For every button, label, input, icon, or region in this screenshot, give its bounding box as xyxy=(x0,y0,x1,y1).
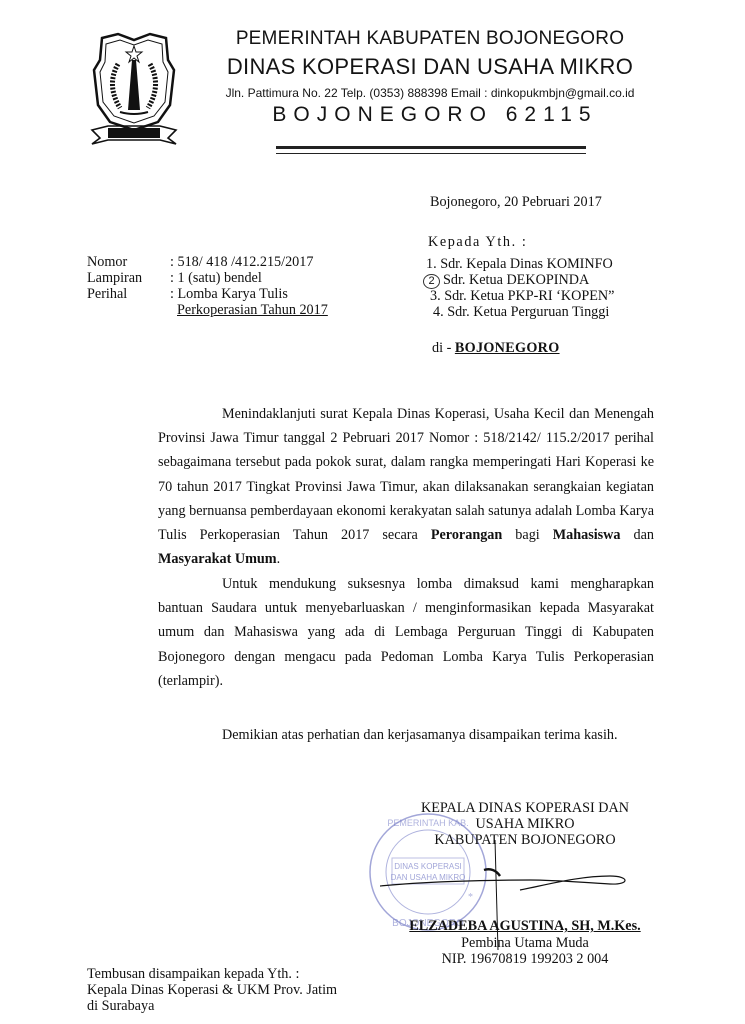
recipient-text: Sdr. Ketua DEKOPINDA xyxy=(443,272,589,288)
letter-date: Bojonegoro, 20 Pebruari 2017 xyxy=(430,195,602,209)
recipient-text: Sdr. Ketua Perguruan Tinggi xyxy=(447,304,609,320)
recipient-text: Sdr. Kepala Dinas KOMINFO xyxy=(440,256,613,272)
p1-end: . xyxy=(277,551,281,567)
signatory-title-line1: KEPALA DINAS KOPERASI DAN xyxy=(380,800,670,816)
regency-coat-of-arms-icon xyxy=(88,30,180,148)
signatory-rank: Pembina Utama Muda xyxy=(380,935,670,951)
p1-text: Menindaklanjuti surat Kepala Dinas Koper… xyxy=(158,406,654,543)
recipient-item: 2Sdr. Ketua DEKOPINDA xyxy=(423,273,589,289)
recipient-item: 1. Sdr. Kepala Dinas KOMINFO xyxy=(426,257,613,271)
recipient-item: 3. Sdr. Ketua PKP-RI ‘KOPEN” xyxy=(430,289,614,303)
destination-label: di - xyxy=(432,340,451,356)
p1-bold-mahasiswa: Mahasiswa xyxy=(553,527,621,543)
perihal-value-line2: Perkoperasian Tahun 2017 xyxy=(177,303,328,317)
letterhead-divider xyxy=(276,146,586,154)
p1-bold-masyarakat: Masyarakat Umum xyxy=(158,551,277,567)
cc-heading: Tembusan disampaikan kepada Yth. : xyxy=(87,967,299,981)
lampiran-label: Lampiran xyxy=(87,271,142,285)
body-paragraph-2: Untuk mendukung suksesnya lomba dimaksud… xyxy=(158,572,654,693)
letterhead-city: BOJONEGORO 62115 xyxy=(205,103,665,127)
letterhead-agency: DINAS KOPERASI DAN USAHA MIKRO xyxy=(200,54,660,80)
body-paragraph-closing: Demikian atas perhatian dan kerjasamanya… xyxy=(222,728,618,742)
perihal-label: Perihal xyxy=(87,287,127,301)
recipient-number: 4. xyxy=(433,304,444,320)
letterhead-address: Jln. Pattimura No. 22 Telp. (0353) 88839… xyxy=(200,86,660,100)
perihal-value: : Lomba Karya Tulis xyxy=(170,287,288,301)
letterhead-government: PEMERINTAH KABUPATEN BOJONEGORO xyxy=(200,28,660,50)
recipient-number: 1. xyxy=(426,256,437,272)
body-paragraph-1: Menindaklanjuti surat Kepala Dinas Koper… xyxy=(158,402,654,571)
p1-text-mid2: dan xyxy=(634,527,655,543)
nomor-label: Nomor xyxy=(87,255,127,269)
signatory-title-line2: USAHA MIKRO xyxy=(380,816,670,832)
recipient-number-circled: 2 xyxy=(423,274,440,289)
signatory-name: ELZADEBA AGUSTINA, SH, M.Kes. xyxy=(380,918,670,934)
cc-location: di Surabaya xyxy=(87,999,154,1013)
recipient-item: 4. Sdr. Ketua Perguruan Tinggi xyxy=(433,305,609,319)
recipient-text: Sdr. Ketua PKP-RI ‘KOPEN” xyxy=(444,288,614,304)
signatory-nip: NIP. 19670819 199203 2 004 xyxy=(380,951,670,967)
lampiran-value: : 1 (satu) bendel xyxy=(170,271,262,285)
destination-place: BOJONEGORO xyxy=(455,340,560,356)
nomor-value: : 518/ 418 /412.215/2017 xyxy=(170,255,313,269)
p1-text-mid1: bagi xyxy=(515,527,539,543)
cc-recipient: Kepala Dinas Koperasi & UKM Prov. Jatim xyxy=(87,983,337,997)
p2-text: Untuk mendukung suksesnya lomba dimaksud… xyxy=(158,576,654,689)
recipient-number: 3. xyxy=(430,288,441,304)
destination: di - BOJONEGORO xyxy=(432,341,560,355)
p1-bold-perorangan: Perorangan xyxy=(431,527,502,543)
addressee-heading: Kepada Yth. : xyxy=(428,235,527,249)
